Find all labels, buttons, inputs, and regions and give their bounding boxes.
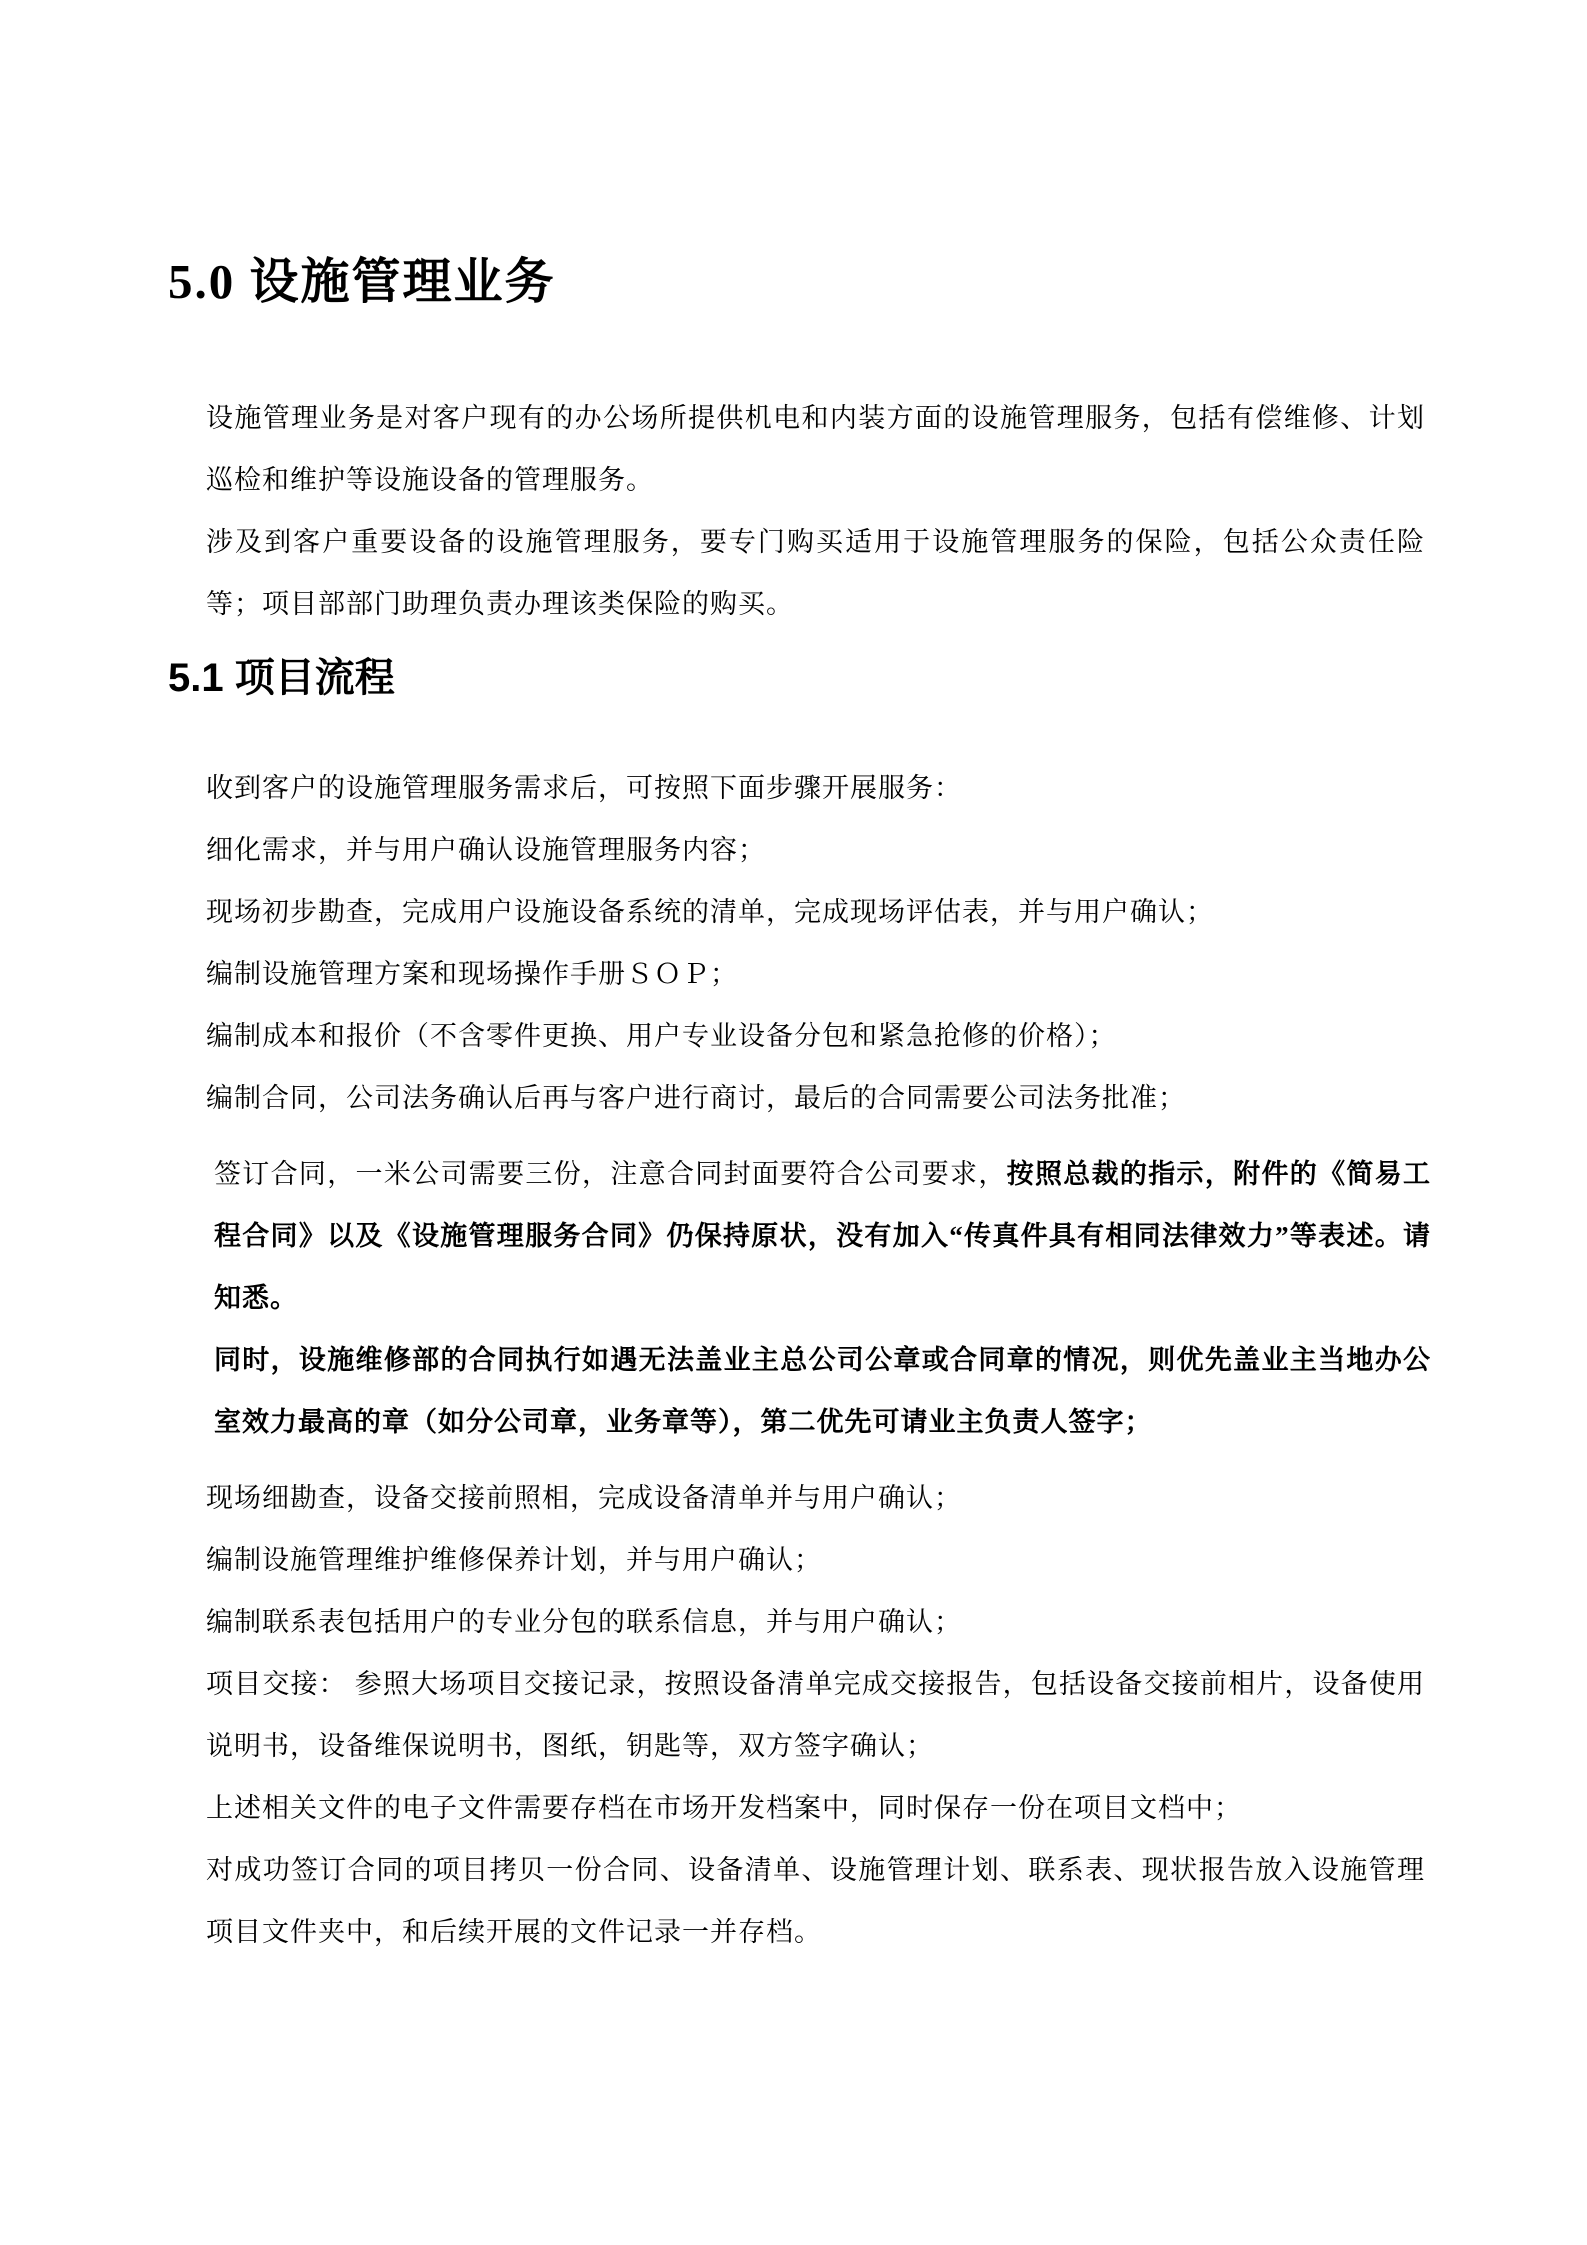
step-prepare-sop: 编制设施管理方案和现场操作手册ＳＯＰ； bbox=[206, 943, 1425, 1005]
step-contact-sheet: 编制联系表包括用户的专业分包的联系信息，并与用户确认； bbox=[206, 1591, 1425, 1653]
section-5-0-paragraph-2: 涉及到客户重要设备的设施管理服务，要专门购买适用于设施管理服务的保险，包括公众责… bbox=[206, 511, 1425, 635]
step-detailed-site-survey: 现场细勘查，设备交接前照相，完成设备清单并与用户确认； bbox=[206, 1467, 1425, 1529]
step-maintenance-plan: 编制设施管理维护维修保养计划，并与用户确认； bbox=[206, 1529, 1425, 1591]
step-refine-requirements: 细化需求，并与用户确认设施管理服务内容； bbox=[206, 819, 1425, 881]
step-copy-to-project-folder: 对成功签订合同的项目拷贝一份合同、设备清单、设施管理计划、联系表、现状报告放入设… bbox=[206, 1839, 1425, 1963]
sign-contract-normal-text: 签订合同，一米公司需要三份，注意合同封面要符合公司要求， bbox=[214, 1159, 1007, 1189]
section-5-0-paragraph-1: 设施管理业务是对客户现有的办公场所提供机电和内装方面的设施管理服务，包括有偿维修… bbox=[206, 387, 1425, 511]
step-project-handover: 项目交接： 参照大场项目交接记录，按照设备清单完成交接报告，包括设备交接前相片，… bbox=[206, 1653, 1425, 1777]
step-seal-priority-note: 同时，设施维修部的合同执行如遇无法盖业主总公司公章或合同章的情况，则优先盖业主当… bbox=[214, 1329, 1431, 1453]
step-initial-site-survey: 现场初步勘查，完成用户设施设备系统的清单，完成现场评估表，并与用户确认； bbox=[206, 881, 1425, 943]
section-5-1-heading: 5.1 项目流程 bbox=[168, 655, 1425, 701]
step-archive-electronic-files: 上述相关文件的电子文件需要存档在市场开发档案中，同时保存一份在项目文档中； bbox=[206, 1777, 1425, 1839]
step-sign-contract: 签订合同，一米公司需要三份，注意合同封面要符合公司要求，按照总裁的指示，附件的《… bbox=[214, 1143, 1431, 1329]
step-draft-contract: 编制合同，公司法务确认后再与客户进行商讨，最后的合同需要公司法务批准； bbox=[206, 1067, 1425, 1129]
section-5-0-heading: 5.0 设施管理业务 bbox=[168, 253, 1425, 311]
step-cost-and-quotation: 编制成本和报价（不含零件更换、用户专业设备分包和紧急抢修的价格）； bbox=[206, 1005, 1425, 1067]
section-5-1-intro: 收到客户的设施管理服务需求后，可按照下面步骤开展服务： bbox=[206, 757, 1425, 819]
document-page: 5.0 设施管理业务 设施管理业务是对客户现有的办公场所提供机电和内装方面的设施… bbox=[0, 0, 1587, 2245]
